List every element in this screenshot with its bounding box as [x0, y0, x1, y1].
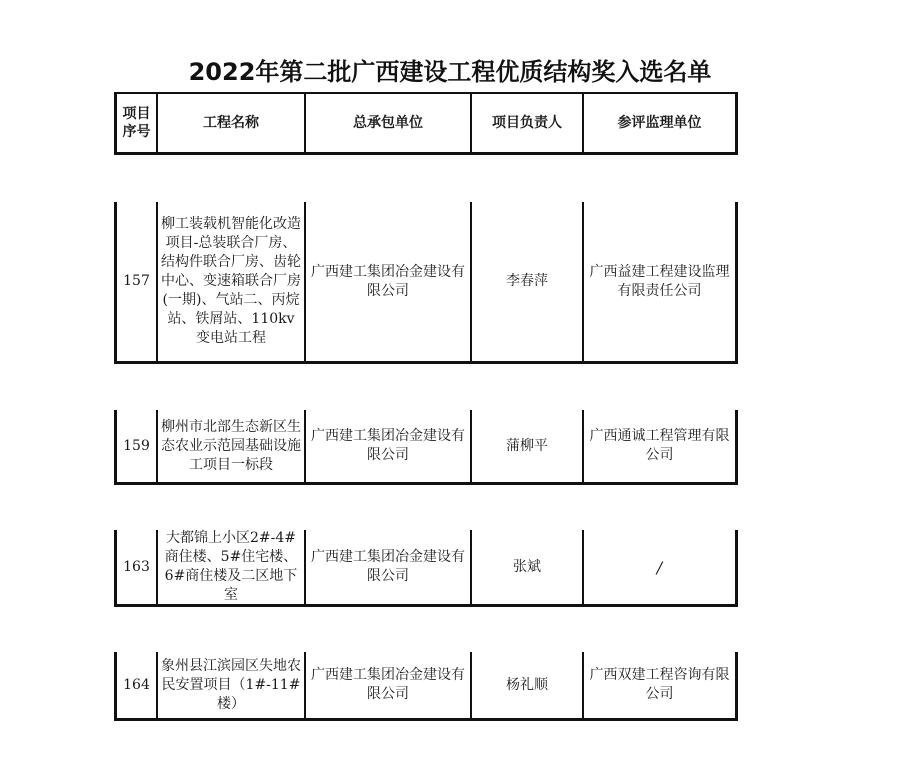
row-project-name: 大都锦上小区2#-4#商住楼、5#住宅楼、6#商住楼及二区地下室	[158, 530, 306, 604]
header-manager: 项目负责人	[472, 94, 584, 152]
row-contractor: 广西建工集团冶金建设有限公司	[306, 202, 472, 361]
row-index: 164	[117, 652, 158, 718]
row-manager: 李春萍	[472, 202, 584, 361]
row-manager: 杨礼顺	[472, 652, 584, 718]
row-project-name: 象州县江滨园区失地农民安置项目（1#-11#楼）	[158, 652, 306, 718]
row-contractor: 广西建工集团冶金建设有限公司	[306, 652, 472, 718]
row-supervisor: 广西通诚工程管理有限公司	[584, 410, 735, 482]
row-project-name: 柳州市北部生态新区生态农业示范园基础设施工项目一标段	[158, 410, 306, 482]
row-index: 159	[117, 410, 158, 482]
header-index: 项目序号	[117, 94, 158, 152]
table-row: 159 柳州市北部生态新区生态农业示范园基础设施工项目一标段 广西建工集团冶金建…	[114, 410, 738, 485]
table-row: 157 柳工装载机智能化改造项目-总装联合厂房、结构件联合厂房、齿轮中心、变速箱…	[114, 202, 738, 364]
table-row: 163 大都锦上小区2#-4#商住楼、5#住宅楼、6#商住楼及二区地下室 广西建…	[114, 530, 738, 607]
header-contractor: 总承包单位	[306, 94, 472, 152]
row-manager: 张斌	[472, 530, 584, 604]
document-title: 2022年第二批广西建设工程优质结构奖入选名单	[0, 52, 900, 87]
row-supervisor: 广西益建工程建设监理有限责任公司	[584, 202, 735, 361]
header-supervisor: 参评监理单位	[584, 94, 735, 152]
header-project-name: 工程名称	[158, 94, 306, 152]
table-row: 164 象州县江滨园区失地农民安置项目（1#-11#楼） 广西建工集团冶金建设有…	[114, 652, 738, 721]
row-contractor: 广西建工集团冶金建设有限公司	[306, 530, 472, 604]
row-index: 157	[117, 202, 158, 361]
table-header: 项目序号 工程名称 总承包单位 项目负责人 参评监理单位	[114, 92, 738, 155]
row-project-name: 柳工装载机智能化改造项目-总装联合厂房、结构件联合厂房、齿轮中心、变速箱联合厂房…	[158, 202, 306, 361]
row-supervisor: 广西双建工程咨询有限公司	[584, 652, 735, 718]
row-manager: 蒲柳平	[472, 410, 584, 482]
row-contractor: 广西建工集团冶金建设有限公司	[306, 410, 472, 482]
row-index: 163	[117, 530, 158, 604]
row-supervisor: /	[584, 530, 735, 604]
